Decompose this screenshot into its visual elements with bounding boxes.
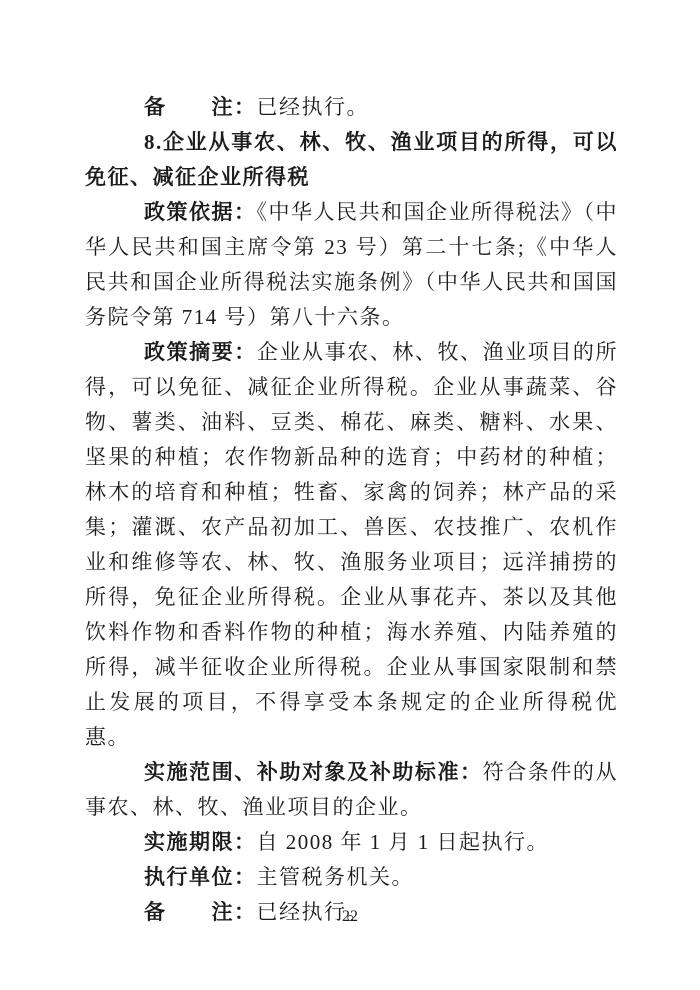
paragraph-text: 企业从事农、林、牧、渔业项目的所得，可以免征、减征企业所得税。企业从事蔬菜、谷物…: [85, 340, 618, 749]
paragraph-policy-summary: 政策摘要：企业从事农、林、牧、渔业项目的所得，可以免征、减征企业所得税。企业从事…: [85, 335, 618, 755]
paragraph-policy-basis: 政策依据：《中华人民共和国企业所得税法》（中华人民共和国主席令第 23 号）第二…: [85, 195, 618, 335]
heading-text: 8.企业从事农、林、牧、渔业项目的所得，可以免征、减征企业所得税: [85, 130, 618, 189]
page-number: 22: [0, 908, 700, 926]
document-page: 备 注：已经执行。 8.企业从事农、林、牧、渔业项目的所得，可以免征、减征企业所…: [0, 0, 700, 990]
paragraph-label: 执行单位：: [144, 865, 257, 889]
paragraph-label: 备 注：: [144, 95, 257, 119]
document-body: 备 注：已经执行。 8.企业从事农、林、牧、渔业项目的所得，可以免征、减征企业所…: [85, 90, 618, 930]
paragraph-period: 实施期限：自 2008 年 1 月 1 日起执行。: [85, 825, 618, 860]
paragraph-executing-unit: 执行单位：主管税务机关。: [85, 860, 618, 895]
paragraph-text: 主管税务机关。: [257, 865, 415, 889]
paragraph-label: 政策依据：: [144, 200, 257, 224]
paragraph-text: 自 2008 年 1 月 1 日起执行。: [257, 830, 550, 854]
paragraph-label: 实施期限：: [144, 830, 257, 854]
section-heading: 8.企业从事农、林、牧、渔业项目的所得，可以免征、减征企业所得税: [85, 125, 618, 195]
paragraph-label: 政策摘要：: [144, 340, 257, 364]
paragraph-scope: 实施范围、补助对象及补助标准：符合条件的从事农、林、牧、渔业项目的企业。: [85, 755, 618, 825]
paragraph-text: 已经执行。: [257, 95, 370, 119]
paragraph-remark-1: 备 注：已经执行。: [85, 90, 618, 125]
paragraph-label: 实施范围、补助对象及补助标准：: [144, 760, 483, 784]
